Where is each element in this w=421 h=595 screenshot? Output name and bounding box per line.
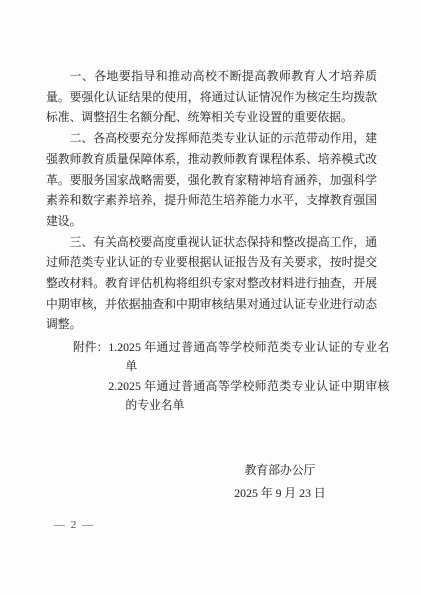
signature-date: 2025 年 9 月 23 日 [195, 482, 365, 505]
attachment-label: 附件： [73, 338, 108, 357]
document-body: 一、各地要指导和推动高校不断提高教师教育人才培养质量。要强化认证结果的使用，将通… [46, 66, 377, 335]
document-page: 一、各地要指导和推动高校不断提高教师教育人才培养质量。要强化认证结果的使用，将通… [0, 0, 421, 595]
paragraph-3: 三、有关高校要高度重视认证状态保持和整改提高工作，通过师范类专业认证的专业要根据… [46, 232, 377, 336]
signature-block: 教育部办公厅 2025 年 9 月 23 日 [195, 459, 365, 504]
paragraph-1: 一、各地要指导和推动高校不断提高教师教育人才培养质量。要强化认证结果的使用，将通… [46, 66, 377, 128]
attachment-block: 附件： 1.2025 年通过普通高等学校师范类专业认证的专业名单 2.2025 … [73, 338, 389, 416]
attachment-item-2: 2.2025 年通过普通高等学校师范类专业认证中期审核的专业名单 [108, 377, 389, 416]
attachment-item-1: 1.2025 年通过普通高等学校师范类专业认证的专业名单 [108, 338, 389, 377]
signature-issuer: 教育部办公厅 [195, 459, 365, 482]
paragraph-2: 二、各高校要充分发挥师范类专业认证的示范带动作用，建强教师教育质量保障体系，推动… [46, 128, 377, 232]
attachment-list: 1.2025 年通过普通高等学校师范类专业认证的专业名单 2.2025 年通过普… [108, 338, 389, 416]
page-number: — 2 — [54, 519, 95, 531]
